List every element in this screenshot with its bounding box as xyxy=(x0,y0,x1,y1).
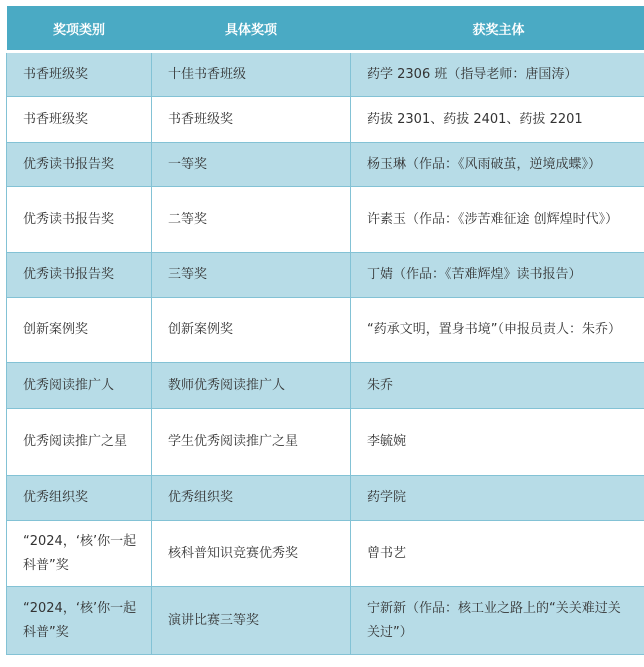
header-winner: 获奖主体 xyxy=(351,6,644,52)
header-category: 奖项类别 xyxy=(7,6,152,52)
table-row: 优秀读书报告奖 一等奖 杨玉琳（作品：《风雨破茧，逆境成蝶》） xyxy=(7,143,644,187)
cell-winner: 杨玉琳（作品：《风雨破茧，逆境成蝶》） xyxy=(351,143,644,187)
header-row: 奖项类别 具体奖项 获奖主体 xyxy=(7,6,644,52)
cell-category: 优秀读书报告奖 xyxy=(7,187,152,253)
awards-table: 奖项类别 具体奖项 获奖主体 书香班级奖 十佳书香班级 药学 2306 班（指导… xyxy=(6,6,644,655)
cell-category: “2024，‘核’你一起科普”奖 xyxy=(7,521,152,587)
table-row: 书香班级奖 十佳书香班级 药学 2306 班（指导老师：唐国涛） xyxy=(7,52,644,97)
cell-award: 三等奖 xyxy=(152,253,351,298)
cell-winner: 宁新新（作品：核工业之路上的“关关难过关关过”） xyxy=(351,587,644,655)
table-row: 书香班级奖 书香班级奖 药拔 2301、药拔 2401、药拔 2201 xyxy=(7,97,644,143)
table-row: “2024，‘核’你一起科普”奖 核科普知识竞赛优秀奖 曾书艺 xyxy=(7,521,644,587)
cell-category: 优秀组织奖 xyxy=(7,476,152,521)
cell-award: 核科普知识竞赛优秀奖 xyxy=(152,521,351,587)
cell-winner: 许素玉（作品：《涉苦难征途 创辉煌时代》） xyxy=(351,187,644,253)
cell-winner: 丁婧（作品：《苦难辉煌》读书报告） xyxy=(351,253,644,298)
cell-winner: 朱乔 xyxy=(351,363,644,409)
cell-category: 优秀读书报告奖 xyxy=(7,253,152,298)
cell-award: 创新案例奖 xyxy=(152,298,351,363)
table-row: 创新案例奖 创新案例奖 “药承文明，置身书境”（申报员责人：朱乔） xyxy=(7,298,644,363)
cell-category: 书香班级奖 xyxy=(7,97,152,143)
cell-award: 优秀组织奖 xyxy=(152,476,351,521)
cell-category: 书香班级奖 xyxy=(7,52,152,97)
cell-award: 二等奖 xyxy=(152,187,351,253)
table-row: 优秀读书报告奖 三等奖 丁婧（作品：《苦难辉煌》读书报告） xyxy=(7,253,644,298)
cell-category: 优秀阅读推广人 xyxy=(7,363,152,409)
cell-category: 创新案例奖 xyxy=(7,298,152,363)
cell-award: 演讲比赛三等奖 xyxy=(152,587,351,655)
table-row: 优秀组织奖 优秀组织奖 药学院 xyxy=(7,476,644,521)
cell-category: 优秀阅读推广之星 xyxy=(7,409,152,476)
cell-award: 书香班级奖 xyxy=(152,97,351,143)
cell-winner: 药学 2306 班（指导老师：唐国涛） xyxy=(351,52,644,97)
cell-winner: 药学院 xyxy=(351,476,644,521)
cell-award: 教师优秀阅读推广人 xyxy=(152,363,351,409)
cell-award: 一等奖 xyxy=(152,143,351,187)
cell-category: “2024，‘核’你一起科普”奖 xyxy=(7,587,152,655)
cell-award: 学生优秀阅读推广之星 xyxy=(152,409,351,476)
table-row: 优秀读书报告奖 二等奖 许素玉（作品：《涉苦难征途 创辉煌时代》） xyxy=(7,187,644,253)
cell-category: 优秀读书报告奖 xyxy=(7,143,152,187)
cell-award: 十佳书香班级 xyxy=(152,52,351,97)
table-row: 优秀阅读推广之星 学生优秀阅读推广之星 李毓婉 xyxy=(7,409,644,476)
cell-winner: 曾书艺 xyxy=(351,521,644,587)
cell-winner: “药承文明，置身书境”（申报员责人：朱乔） xyxy=(351,298,644,363)
table-row: 优秀阅读推广人 教师优秀阅读推广人 朱乔 xyxy=(7,363,644,409)
cell-winner: 药拔 2301、药拔 2401、药拔 2201 xyxy=(351,97,644,143)
table-row: “2024，‘核’你一起科普”奖 演讲比赛三等奖 宁新新（作品：核工业之路上的“… xyxy=(7,587,644,655)
header-award: 具体奖项 xyxy=(152,6,351,52)
cell-winner: 李毓婉 xyxy=(351,409,644,476)
